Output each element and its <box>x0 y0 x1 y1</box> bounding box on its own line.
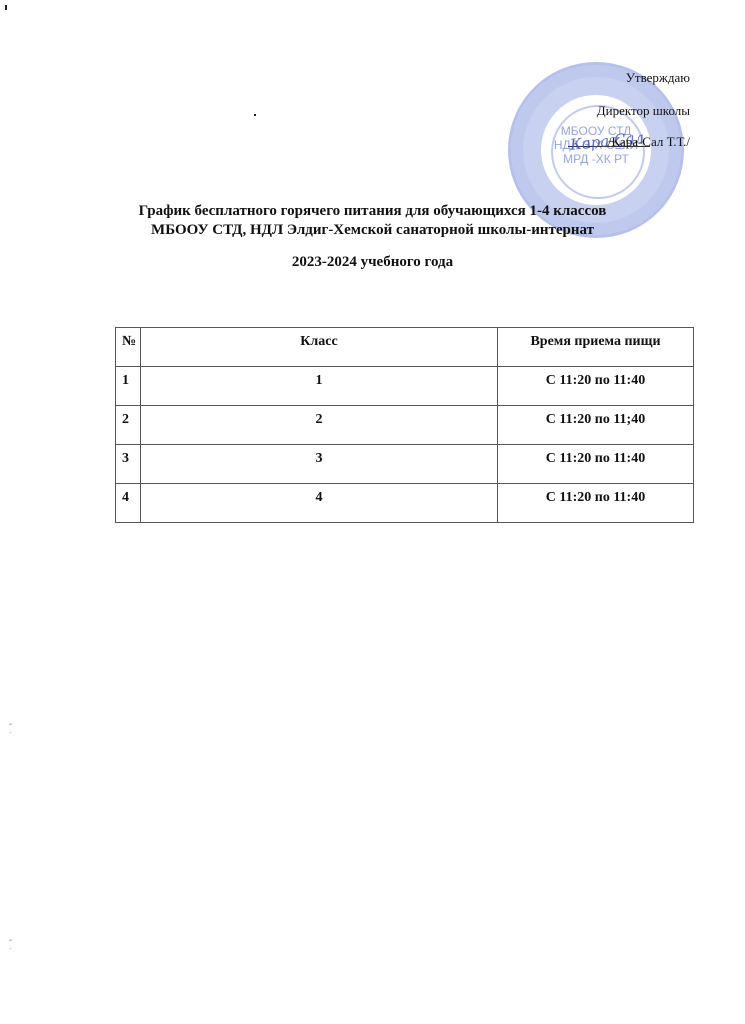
cell-number: 2 <box>116 406 141 445</box>
table-row: 2 2 С 11:20 по 11;40 <box>116 406 694 445</box>
scan-speck <box>254 114 256 116</box>
cell-class: 1 <box>141 367 498 406</box>
cell-meal-time: С 11:20 по 11:40 <box>498 445 694 484</box>
cell-class: 3 <box>141 445 498 484</box>
cell-number: 4 <box>116 484 141 523</box>
approval-position: Директор школы <box>597 103 690 119</box>
margin-mark: ÷ <box>9 730 12 736</box>
margin-mark: ≡ <box>9 938 12 944</box>
table-row: 3 3 С 11:20 по 11:40 <box>116 445 694 484</box>
header-number: № <box>116 328 141 367</box>
cell-class: 2 <box>141 406 498 445</box>
document-title-line1: График бесплатного горячего питания для … <box>0 203 745 220</box>
meal-schedule-table: № Класс Время приема пищи 1 1 С 11:20 по… <box>115 327 694 523</box>
cell-meal-time: С 11:20 по 11:40 <box>498 367 694 406</box>
cell-number: 3 <box>116 445 141 484</box>
approval-label: Утверждаю <box>626 70 690 86</box>
cell-meal-time: С 11:20 по 11;40 <box>498 406 694 445</box>
margin-mark: ÷ <box>9 946 12 952</box>
table-header-row: № Класс Время приема пищи <box>116 328 694 367</box>
approval-signatory: /Кара-Сал Т.Т./ <box>608 134 690 150</box>
document-title-line2: МБООУ СТД, НДЛ Элдиг-Хемской санаторной … <box>0 222 745 239</box>
cell-number: 1 <box>116 367 141 406</box>
document-year: 2023-2024 учебного года <box>0 254 745 271</box>
stamp-line: МРД -ХК РТ <box>511 153 681 166</box>
cell-class: 4 <box>141 484 498 523</box>
table-row: 1 1 С 11:20 по 11:40 <box>116 367 694 406</box>
cell-meal-time: С 11:20 по 11:40 <box>498 484 694 523</box>
scan-speck <box>5 5 7 10</box>
margin-mark: ≡ <box>9 722 12 728</box>
header-class: Класс <box>141 328 498 367</box>
approval-block: МБООУ СТД НДЛ Э-Х СШ-И МРД -ХК РТ Утверж… <box>500 60 700 190</box>
header-meal-time: Время приема пищи <box>498 328 694 367</box>
table-row: 4 4 С 11:20 по 11:40 <box>116 484 694 523</box>
